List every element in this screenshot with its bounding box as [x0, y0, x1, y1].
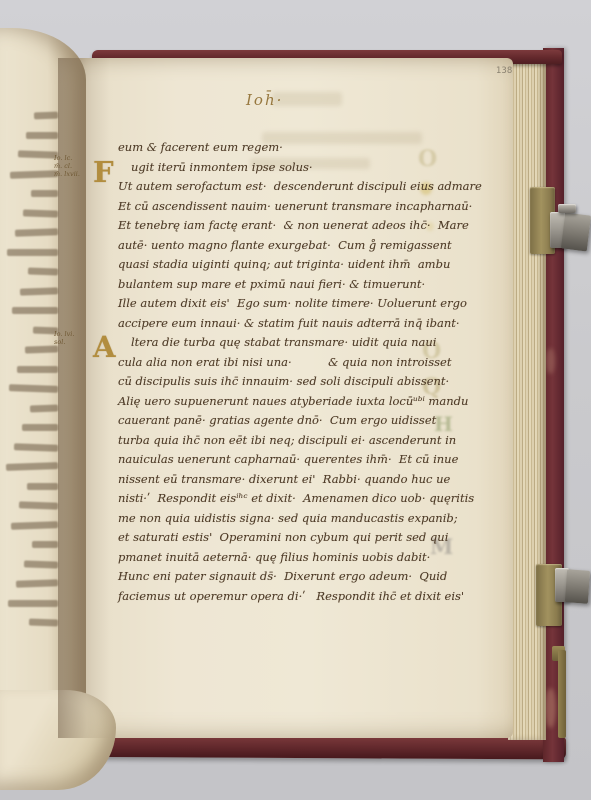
manuscript-text-line: eum & facerent eum regem·	[118, 140, 283, 154]
manuscript-text-line: quasi stadia uiginti quinq; aut triginta…	[118, 257, 450, 271]
text-block: eum & facerent eum regem·Fugit iterū inm…	[0, 0, 591, 800]
decorated-initial: F	[93, 158, 114, 187]
clasp-catch	[561, 213, 591, 252]
manuscript-text-line: faciemus ut operemur opera di·ʹ Respondi…	[118, 589, 464, 603]
manuscript-text-line: nisti·ʹ Respondit eisⁱʰᶜ et dixit· Amena…	[118, 491, 474, 505]
manuscript-text-line: bulantem sup mare et pximū naui fieri· &…	[118, 277, 425, 291]
manuscript-text-line: cauerant panē· gratias agente dnō· Cum e…	[118, 413, 436, 427]
manuscript-text-line: nissent eū transmare· dixerunt ei' Rabbi…	[118, 472, 450, 486]
clasp-catch	[565, 569, 590, 604]
manuscript-text-line: autē· uento magno flante exurgebat· Cum …	[118, 238, 452, 252]
clasp-pin	[558, 204, 576, 213]
manuscript-text-line: turba quia ihc̄ non eēt ibi neq; discipu…	[118, 433, 456, 447]
manuscript-photograph: Ioh̄· 138 Io. lc. m̄. cl. m̄. lxvii.Io. …	[0, 0, 591, 800]
decorated-initial: A	[93, 333, 116, 362]
manuscript-text-line: et saturati estis' Operamini non cybum q…	[118, 530, 448, 544]
manuscript-text-line: ugit iterū inmontem ipse solus·	[131, 160, 313, 174]
manuscript-text-line: Alię uero supuenerunt naues atyberiade i…	[118, 394, 468, 408]
manuscript-text-line: nauiculas uenerunt capharnaū· querentes …	[118, 452, 458, 466]
manuscript-text-line: Et cū ascendissent nauim· uenerunt trans…	[118, 199, 472, 213]
manuscript-text-line: pmanet inuitā aeternā· quę filius homini…	[118, 550, 430, 564]
manuscript-text-line: Hunc eni pater signauit ds̄· Dixerunt er…	[118, 569, 447, 583]
manuscript-text-line: cula alia non erat ibi nisi una· & quia …	[118, 355, 451, 369]
manuscript-text-line: Ille autem dixit eis' Ego sum· nolite ti…	[118, 296, 467, 310]
manuscript-text-line: cū discipulis suis ihc̄ innauim· sed sol…	[118, 374, 449, 388]
manuscript-text-line: ltera die turba quę stabat transmare· ui…	[131, 335, 436, 349]
manuscript-text-line: me non quia uidistis signa· sed quia man…	[118, 511, 458, 525]
catch-plate-edge	[558, 650, 566, 738]
manuscript-text-line: accipere eum innaui· & statim fuit nauis…	[118, 316, 460, 330]
manuscript-text-line: Et tenebrę iam factę erant· & non uenera…	[118, 218, 469, 232]
manuscript-text-line: Ut autem serofactum est· descenderunt di…	[118, 179, 482, 193]
